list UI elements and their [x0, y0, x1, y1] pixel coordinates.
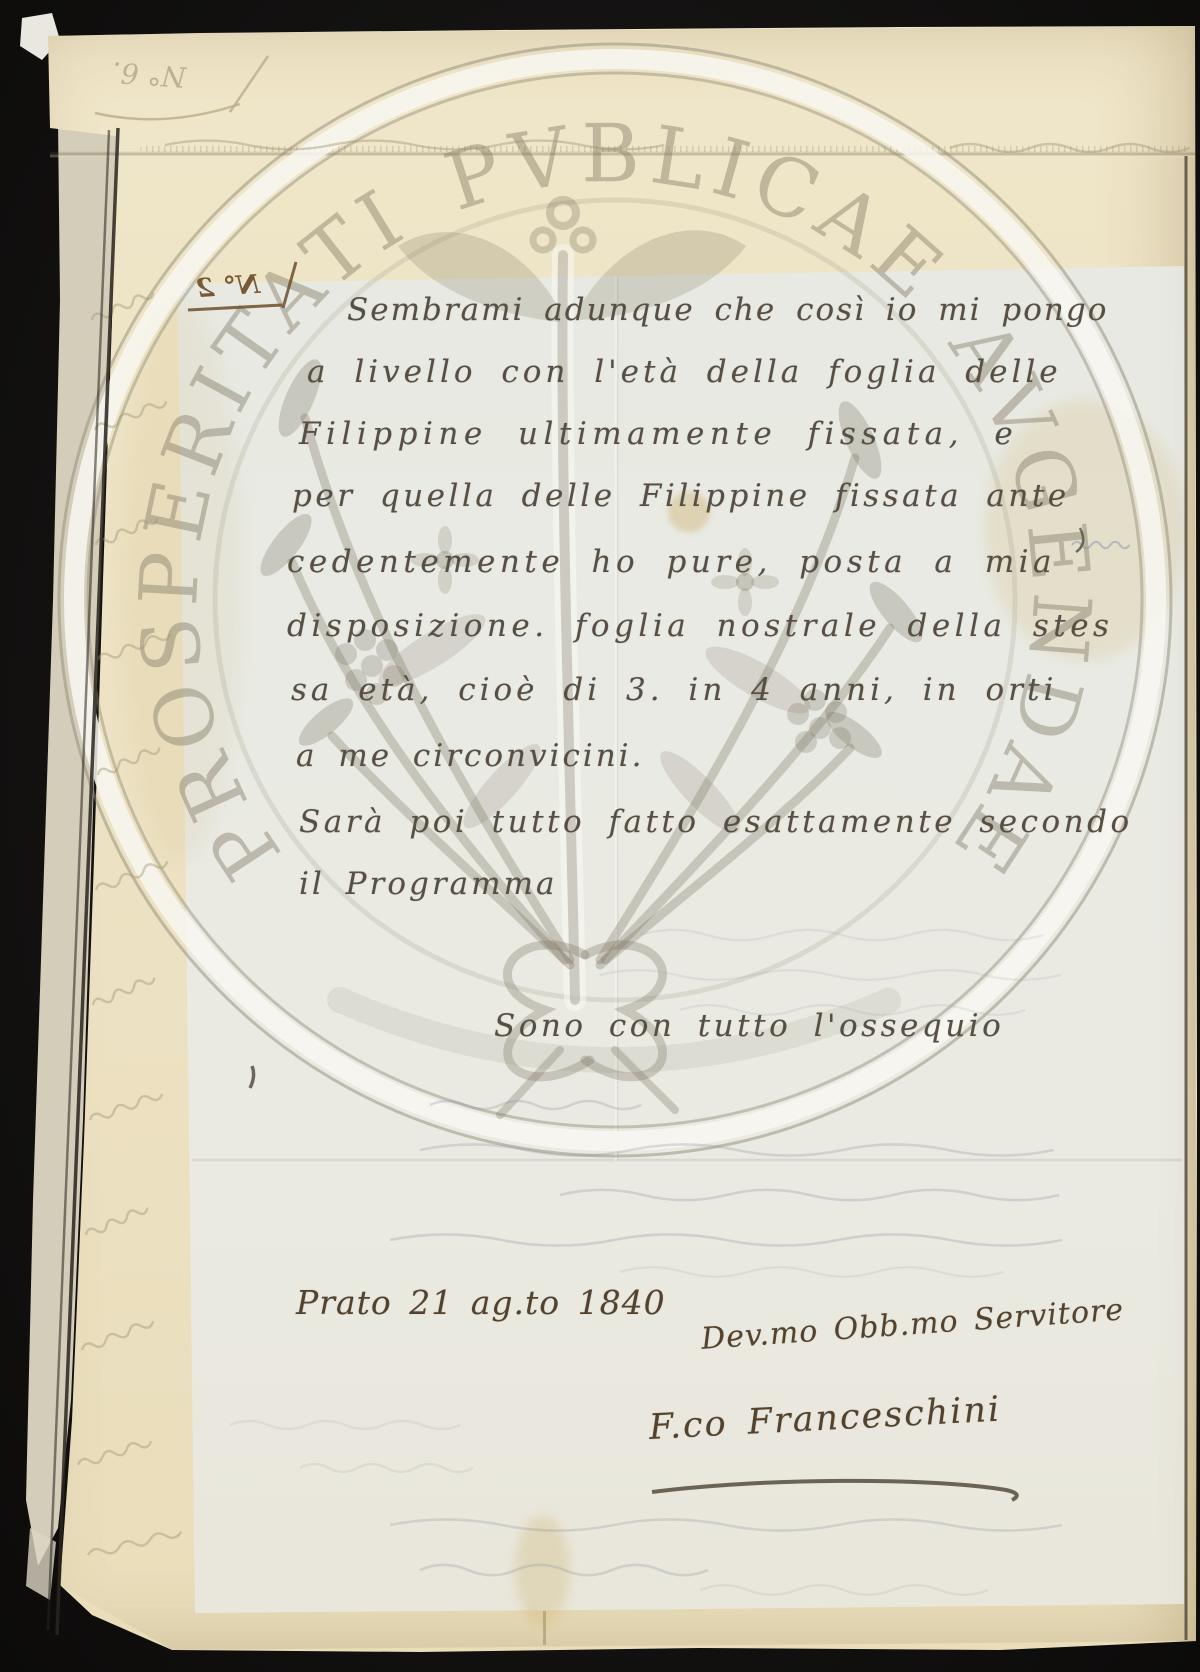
archive-number-mark: N° 2 — [195, 270, 261, 304]
scanned-letter-page: PROSPERITATI PVBLICAE AVGENDAE — [0, 0, 1200, 1672]
corner-number-mark: N° 6. — [111, 55, 187, 93]
ink-flourishes — [0, 0, 1200, 1672]
